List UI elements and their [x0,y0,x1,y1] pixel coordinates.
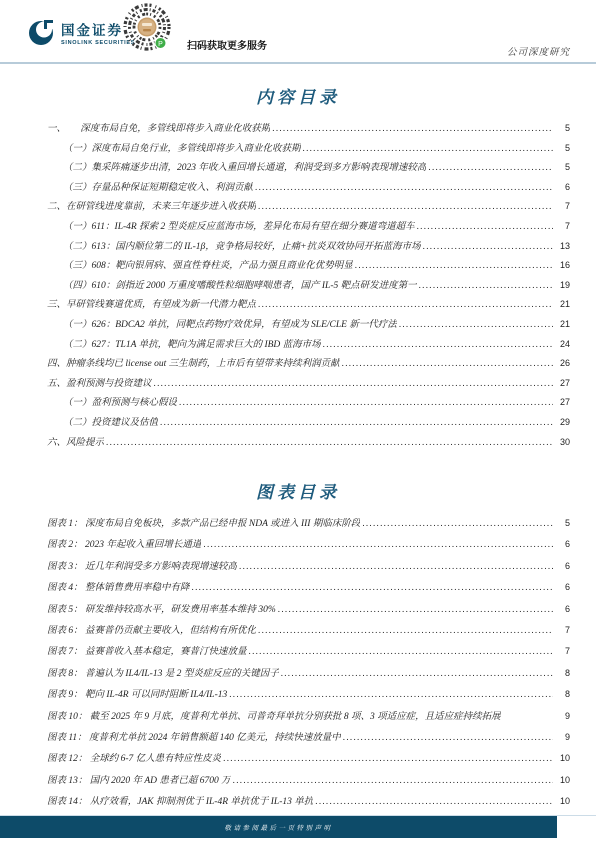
figure-row[interactable]: 图表 10： 截至 2025 年 9 月底，度普利尤单抗、司普奇拜单抗分别获批 … [47,708,570,729]
dot-leader [362,518,553,529]
entry-text: （一）626：BDCA2 单抗，同靶点药物疗效优异，有望成为 SLE/CLE 新… [63,316,397,330]
page-number: 21 [555,319,570,329]
page-number: 21 [555,299,570,309]
entry-text: 图表 14： 从疗效看，JAK 抑制剂优于 IL-4R 单抗优于 IL-13 单… [47,793,313,807]
entry-text: 一、 深度布局自免，多管线即将步入商业化收获期 [47,120,270,134]
page-number: 7 [555,221,570,231]
figure-row[interactable]: 图表 14： 从疗效看，JAK 抑制剂优于 IL-4R 单抗优于 IL-13 单… [47,793,570,814]
toc-row[interactable]: 四、肿瘤条线均已 license out 三生制药，上市后有望带来持续利润贡献2… [47,355,570,375]
entry-text: （二）613：国内顺位第二的 IL-1β，竞争格局较好，止痛+抗炎双效协同开拓蓝… [63,238,421,252]
page-number: 5 [555,143,570,153]
entry-text: 图表 11： 度普利尤单抗 2024 年销售额超 140 亿美元，持续快速放量中 [47,729,341,743]
figure-row[interactable]: 图表 12： 全球约 6-7 亿人患有特应性皮炎10 [47,750,570,771]
qr-code-icon: P [122,2,172,52]
entry-text: 三、早研管线赛道优质，有望成为新一代潜力靶点 [47,296,256,310]
entry-text: （二）集采阵痛逐步出清，2023 年收入重回增长通道，利润受到多方影响表现增速较… [63,159,426,173]
entry-text: （一）611：IL-4R 探索 2 型炎症反应蓝海市场，差异化布局有望在细分赛道… [63,218,415,232]
entry-text: 六、风险提示 [47,434,104,448]
footer-disclaimer: 敬请参阅最后一页特别声明 [225,823,333,832]
figure-row[interactable]: 图表 2： 2023 年起收入重回增长通道6 [47,536,570,557]
entry-text: 图表 10： 截至 2025 年 9 月底，度普利尤单抗、司普奇拜单抗分别获批 … [47,708,501,722]
toc-row[interactable]: （二）集采阵痛逐步出清，2023 年收入重回增长通道，利润受到多方影响表现增速较… [47,159,570,179]
page-number: 19 [555,280,570,290]
entry-text: （一）深度布局自免行业，多管线即将步入商业化收获期 [63,140,301,154]
entry-text: （二）投资建议及估值 [63,414,158,428]
dot-leader [249,646,553,657]
page-number: 5 [555,162,570,172]
entry-text: 图表 4： 整体销售费用率稳中有降 [47,579,190,593]
toc-row[interactable]: （四）610：剑指近 2000 万重度嗜酸性粒细胞哮喘患者，国产 IL-5 靶点… [47,277,570,297]
dot-leader [239,561,553,572]
dot-leader [255,182,553,193]
dot-leader [281,668,553,679]
figure-row[interactable]: 图表 6： 益赛普仍贡献主要收入，但结构有所优化7 [47,622,570,643]
page-number: 6 [555,582,570,592]
page-number: 10 [555,796,570,806]
toc-row[interactable]: （三）存量品种保证短期稳定收入、利润贡献6 [47,179,570,199]
page-number: 8 [555,689,570,699]
toc-row[interactable]: （一）盈利预测与核心假设27 [47,394,570,414]
dot-leader [315,796,553,807]
page-number: 27 [555,397,570,407]
figure-row[interactable]: 图表 3： 近几年利润受多方影响表现增速较高6 [47,558,570,579]
toc-row[interactable]: 六、风险提示30 [47,434,570,454]
entry-text: 图表 12： 全球约 6-7 亿人患有特应性皮炎 [47,750,221,764]
qr-caption: 扫码获取更多服务 [187,37,267,52]
dot-leader [203,539,553,550]
figure-list: 图表 1： 深度布局自免板块，多款产品已经申报 NDA 或进入 III 期临床阶… [0,515,596,814]
report-page: 国金证券 SINOLINK SECURITIES P 扫码获取更多服务 公司深度… [0,0,596,842]
figure-row[interactable]: 图表 1： 深度布局自免板块，多款产品已经申报 NDA 或进入 III 期临床阶… [47,515,570,536]
dot-leader [272,123,553,134]
svg-text:P: P [158,41,163,48]
page-number: 6 [555,561,570,571]
page-number: 7 [555,646,570,656]
entry-text: （二）627：TL1A 单抗，靶向为满足需求巨大的 IBD 蓝海市场 [63,336,321,350]
dot-leader [233,775,553,786]
entry-text: （三）608：靶向银屑病、强直性脊柱炎，产品力强且商业化优势明显 [63,257,353,271]
page-number: 9 [555,711,570,721]
toc-row[interactable]: （一）626：BDCA2 单抗，同靶点药物疗效优异，有望成为 SLE/CLE 新… [47,316,570,336]
dot-leader [258,625,553,636]
dot-leader [229,689,553,700]
figure-row[interactable]: 图表 13： 国内 2020 年 AD 患者已超 6700 万10 [47,772,570,793]
dot-leader [160,417,553,428]
figure-row[interactable]: 图表 4： 整体销售费用率稳中有降6 [47,579,570,600]
entry-text: （三）存量品种保证短期稳定收入、利润贡献 [63,179,253,193]
dot-leader [303,143,553,154]
entry-text: 图表 7： 益赛普收入基本稳定，赛普汀快速放量 [47,643,247,657]
page-number: 5 [555,518,570,528]
toc-row[interactable]: （二）627：TL1A 单抗，靶向为满足需求巨大的 IBD 蓝海市场24 [47,336,570,356]
toc-row[interactable]: 一、 深度布局自免，多管线即将步入商业化收获期5 [47,120,570,140]
page-number: 26 [555,358,570,368]
page-number: 7 [555,201,570,211]
dot-leader [417,221,553,232]
toc-row[interactable]: 三、早研管线赛道优质，有望成为新一代潜力靶点21 [47,296,570,316]
dot-leader [106,437,553,448]
figures-title: 图表目录 [0,478,596,503]
page-number: 6 [555,604,570,614]
toc-page-body: 内容目录 一、 深度布局自免，多管线即将步入商业化收获期5（一）深度布局自免行业… [0,64,596,815]
contents-title: 内容目录 [0,83,596,108]
entry-text: 图表 1： 深度布局自免板块，多款产品已经申报 NDA 或进入 III 期临床阶… [47,515,360,529]
page-number: 30 [555,437,570,447]
toc-row[interactable]: （二）613：国内顺位第二的 IL-1β，竞争格局较好，止痛+抗炎双效协同开拓蓝… [47,238,570,258]
page-number: 5 [555,123,570,133]
entry-text: 图表 2： 2023 年起收入重回增长通道 [47,536,201,550]
footer-bar: 敬请参阅最后一页特别声明 [0,816,557,838]
entry-text: 图表 8： 普遍认为 IL4/IL-13 是 2 型炎症反应的关键因子 [47,665,279,679]
dot-leader [192,582,553,593]
toc-row[interactable]: 二、在研管线进度靠前，未来三年逐步进入收获期7 [47,198,570,218]
page-number: 16 [555,260,570,270]
entry-text: 五、盈利预测与投资建议 [47,375,152,389]
dot-leader [342,358,553,369]
figure-row[interactable]: 图表 9： 靶向 IL-4R 可以同时阻断 IL4/IL-138 [47,686,570,707]
entry-text: （四）610：剑指近 2000 万重度嗜酸性粒细胞哮喘患者，国产 IL-5 靶点… [63,277,417,291]
brand-block: 国金证券 SINOLINK SECURITIES [28,19,135,51]
dot-leader [179,397,553,408]
page-number: 6 [555,182,570,192]
dot-leader [343,732,553,743]
sinolink-logo-icon [28,19,55,51]
dot-leader [278,604,553,615]
toc-row[interactable]: （一）深度布局自免行业，多管线即将步入商业化收获期5 [47,140,570,160]
page-number: 10 [555,775,570,785]
page-number: 27 [555,378,570,388]
dot-leader [258,299,553,310]
entry-text: 图表 9： 靶向 IL-4R 可以同时阻断 IL4/IL-13 [47,686,227,700]
page-number: 8 [555,668,570,678]
entry-text: 图表 13： 国内 2020 年 AD 患者已超 6700 万 [47,772,231,786]
figure-row[interactable]: 图表 11： 度普利尤单抗 2024 年销售额超 140 亿美元，持续快速放量中… [47,729,570,750]
report-type-label: 公司深度研究 [507,44,570,58]
entry-text: 四、肿瘤条线均已 license out 三生制药，上市后有望带来持续利润贡献 [47,355,340,369]
toc-row[interactable]: （一）611：IL-4R 探索 2 型炎症反应蓝海市场，差异化布局有望在细分赛道… [47,218,570,238]
dot-leader [399,319,553,330]
page-number: 9 [555,732,570,742]
dot-leader [423,241,553,252]
toc-row[interactable]: （三）608：靶向银屑病、强直性脊柱炎，产品力强且商业化优势明显16 [47,257,570,277]
dot-leader [154,378,553,389]
page-number: 7 [555,625,570,635]
entry-text: 图表 6： 益赛普仍贡献主要收入，但结构有所优化 [47,622,256,636]
figure-row[interactable]: 图表 7： 益赛普收入基本稳定，赛普汀快速放量7 [47,643,570,664]
entry-text: 图表 5： 研发维持较高水平，研发费用率基本维持 30% [47,601,276,615]
toc-row[interactable]: （二）投资建议及估值29 [47,414,570,434]
entry-text: （一）盈利预测与核心假设 [63,394,177,408]
entry-text: 二、在研管线进度靠前，未来三年逐步进入收获期 [47,198,256,212]
entry-text: 图表 3： 近几年利润受多方影响表现增速较高 [47,558,237,572]
toc-row[interactable]: 五、盈利预测与投资建议27 [47,375,570,395]
page-number: 10 [555,753,570,763]
page-number: 13 [555,241,570,251]
figure-row[interactable]: 图表 5： 研发维持较高水平，研发费用率基本维持 30%6 [47,601,570,622]
dot-leader [419,280,553,291]
dot-leader [428,162,553,173]
dot-leader [258,201,553,212]
page-header: 国金证券 SINOLINK SECURITIES P 扫码获取更多服务 公司深度… [0,0,596,64]
dot-leader [355,260,553,271]
dot-leader [223,753,553,764]
page-number: 29 [555,417,570,427]
page-number: 24 [555,339,570,349]
figure-row[interactable]: 图表 8： 普遍认为 IL4/IL-13 是 2 型炎症反应的关键因子8 [47,665,570,686]
dot-leader [323,339,553,350]
toc-list: 一、 深度布局自免，多管线即将步入商业化收获期5（一）深度布局自免行业，多管线即… [0,120,596,453]
page-number: 6 [555,539,570,549]
